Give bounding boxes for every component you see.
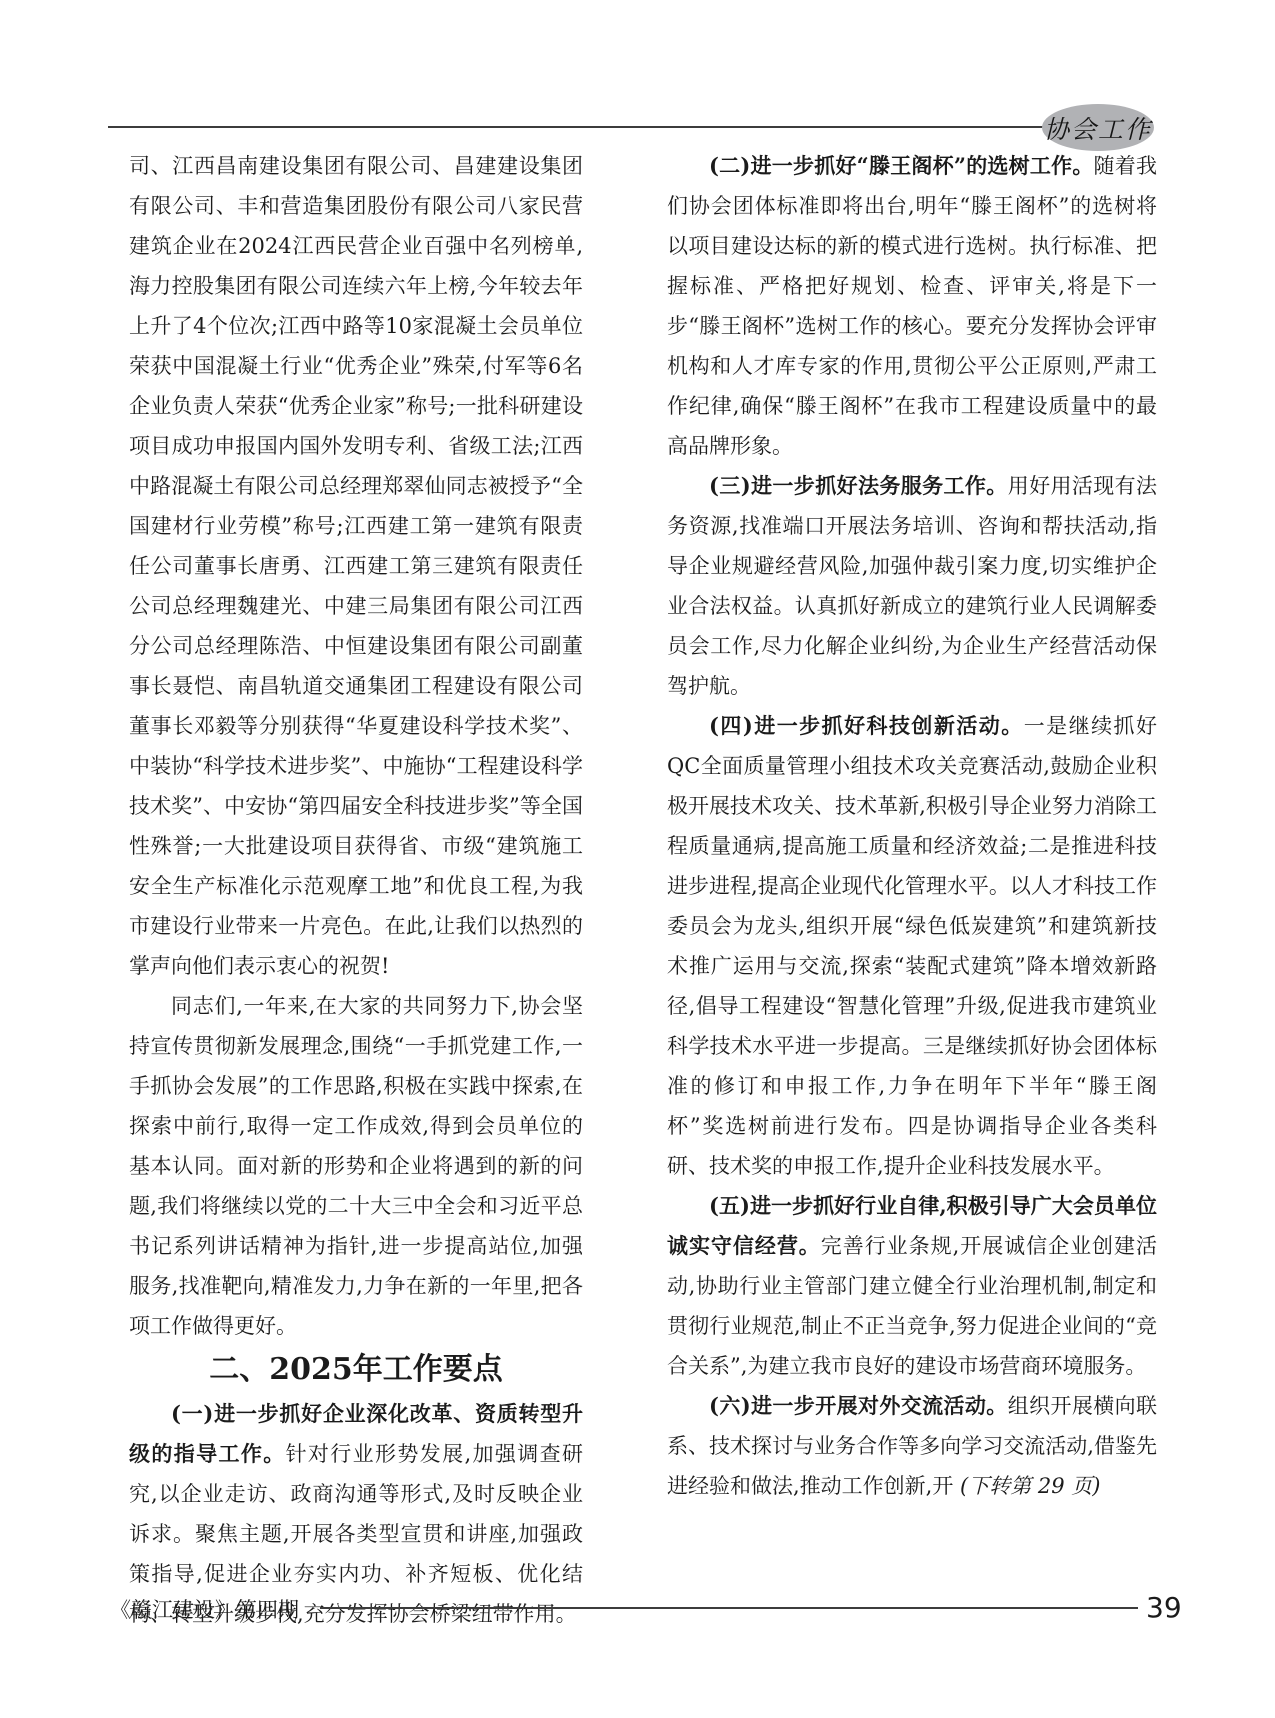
paragraph-summary-text: 同志们,一年来,在大家的共同努力下,协会坚持宣传贯彻新发展理念,围绕“一手抓党建… [129,994,583,1338]
paragraph-item-3-text: 用好用活现有法务资源,找准端口开展法务培训、咨询和帮扶活动,指导企业规避经营风险… [667,474,1157,698]
footer-journal-title: 《赣江建设》第四期 [110,1597,299,1623]
paragraph-item-3-lead: (三)进一步抓好法务服务工作。 [709,473,1008,498]
paragraph-item-4-lead: (四)进一步抓好科技创新活动。 [709,713,1024,738]
magazine-page: 协会工作 司、江西昌南建设集团有限公司、昌建建设集团有限公司、丰和营造集团股份有… [0,0,1275,1718]
paragraph-item-2: (二)进一步抓好“滕王阁杯”的选树工作。随着我们协会团体标准即将出台,明年“滕王… [667,146,1157,466]
paragraph-item-3: (三)进一步抓好法务服务工作。用好用活现有法务资源,找准端口开展法务培训、咨询和… [667,466,1157,706]
paragraph-item-5: (五)进一步抓好行业自律,积极引导广大会员单位诚实守信经营。完善行业条规,开展诚… [667,1186,1157,1386]
footer-rule [320,1607,1138,1609]
paragraph-summary: 同志们,一年来,在大家的共同努力下,协会坚持宣传贯彻新发展理念,围绕“一手抓党建… [129,986,583,1346]
header-rule [108,126,1044,128]
paragraph-item-6: (六)进一步开展对外交流活动。组织开展横向联系、技术探讨与业务合作等多向学习交流… [667,1386,1157,1506]
paragraph-awards: 司、江西昌南建设集团有限公司、昌建建设集团有限公司、丰和营造集团股份有限公司八家… [129,146,583,986]
footer-page-number: 39 [1146,1592,1182,1624]
left-column: 司、江西昌南建设集团有限公司、昌建建设集团有限公司、丰和营造集团股份有限公司八家… [129,146,583,1634]
right-column: (二)进一步抓好“滕王阁杯”的选树工作。随着我们协会团体标准即将出台,明年“滕王… [667,146,1157,1506]
paragraph-item-2-text: 随着我们协会团体标准即将出台,明年“滕王阁杯”的选树将以项目建设达标的新的模式进… [667,154,1157,458]
continuation-note: (下转第 29 页) [960,1474,1100,1498]
paragraph-item-4: (四)进一步抓好科技创新活动。一是继续抓好QC全面质量管理小组技术攻关竞赛活动,… [667,706,1157,1186]
section-badge-label: 协会工作 [1044,110,1152,146]
paragraph-item-2-lead: (二)进一步抓好“滕王阁杯”的选树工作。 [709,153,1094,178]
section-heading-2025: 二、2025年工作要点 [129,1350,583,1390]
paragraph-awards-text: 司、江西昌南建设集团有限公司、昌建建设集团有限公司、丰和营造集团股份有限公司八家… [129,154,583,978]
paragraph-item-6-lead: (六)进一步开展对外交流活动。 [709,1393,1008,1418]
section-badge: 协会工作 [1042,104,1154,151]
paragraph-item-4-text: 一是继续抓好QC全面质量管理小组技术攻关竞赛活动,鼓励企业积极开展技术攻关、技术… [667,714,1157,1178]
